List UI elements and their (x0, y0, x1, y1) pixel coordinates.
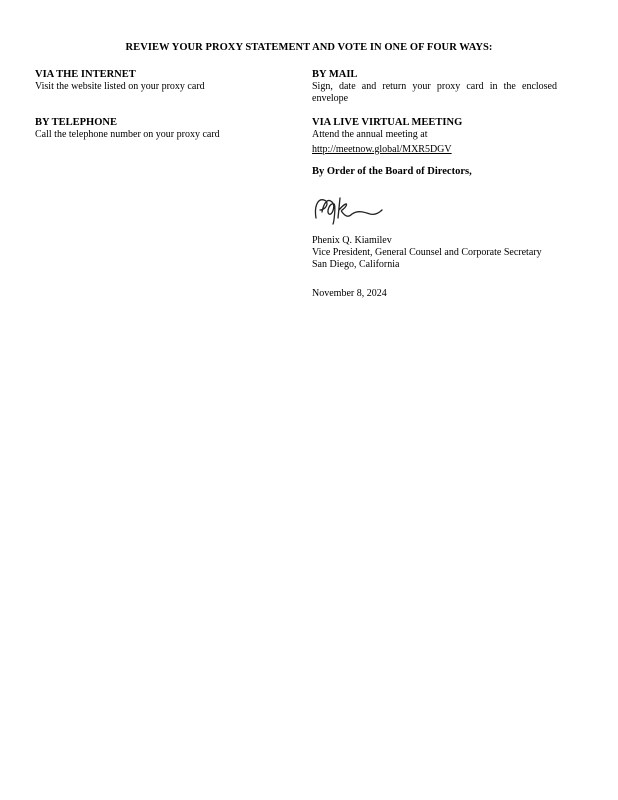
signer-location: San Diego, California (312, 259, 542, 271)
document-date: November 8, 2024 (312, 288, 387, 299)
method-description: Sign, date and return your proxy card in… (312, 81, 557, 105)
method-description: Attend the annual meeting at (312, 129, 557, 141)
page-heading: REVIEW YOUR PROXY STATEMENT AND VOTE IN … (0, 42, 618, 53)
method-description: Visit the website listed on your proxy c… (35, 81, 295, 93)
signature-icon (312, 192, 384, 226)
signer-block: Phenix Q. Kiamilev Vice President, Gener… (312, 235, 542, 271)
signer-name: Phenix Q. Kiamilev (312, 235, 542, 247)
vote-method-mail: BY MAIL Sign, date and return your proxy… (312, 69, 557, 105)
method-title: VIA THE INTERNET (35, 69, 295, 81)
vote-method-telephone: BY TELEPHONE Call the telephone number o… (35, 117, 295, 141)
method-title: BY MAIL (312, 69, 557, 81)
vote-method-virtual-meeting: VIA LIVE VIRTUAL MEETING Attend the annu… (312, 117, 557, 156)
vote-method-internet: VIA THE INTERNET Visit the website liste… (35, 69, 295, 93)
method-description: Call the telephone number on your proxy … (35, 129, 295, 141)
meeting-link[interactable]: http://meetnow.global/MXR5DGV (312, 144, 452, 156)
closing-line: By Order of the Board of Directors, (312, 166, 472, 177)
signer-title: Vice President, General Counsel and Corp… (312, 247, 542, 259)
method-title: VIA LIVE VIRTUAL MEETING (312, 117, 557, 129)
method-title: BY TELEPHONE (35, 117, 295, 129)
